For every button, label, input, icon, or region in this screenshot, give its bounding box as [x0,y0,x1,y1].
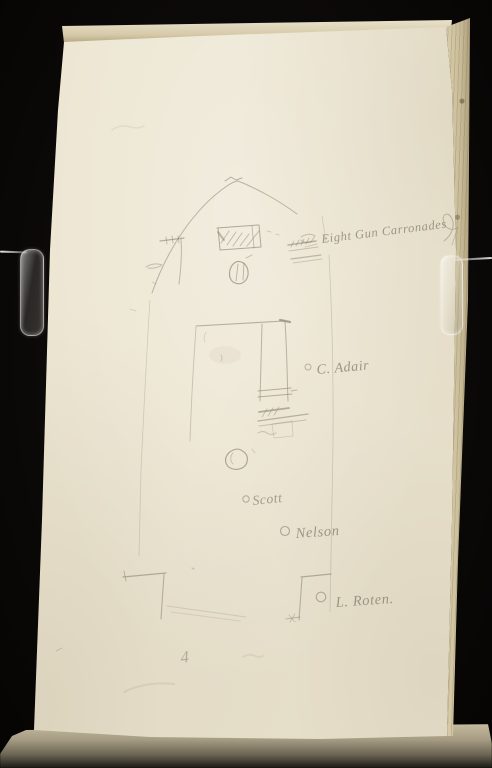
starboard-deck-line [329,255,333,612]
inscription-roteley: L. Roten. [334,591,394,611]
mast-circle [226,449,255,469]
skylight-plan [190,320,308,441]
folio-number: 4 [179,647,190,667]
starboard-netting-bars [288,238,322,263]
bottom-right-bracket [286,574,331,622]
port-gangway-marks [130,236,184,311]
photo-background: Eight Gun Carronades C. Adair Scott Nels… [0,0,492,768]
marker-circle-adair [305,364,311,370]
marker-circle-nelson [281,527,290,536]
inscription-top-right: Eight Gun Carronades [320,217,448,246]
inscription-scott: Scott [252,490,284,508]
marker-circle-scott [243,496,249,502]
faint-smudges [56,126,263,692]
graphite-smudge [209,346,241,364]
inscription-adair: C. Adair [316,358,370,378]
pencil-sketch: Eight Gun Carronades C. Adair Scott Nels… [0,0,492,768]
wheel-scrawl [229,255,252,284]
bottom-left-bracket [123,568,246,621]
inscription-nelson: Nelson [294,523,340,542]
right-page-clip [440,255,463,335]
port-deck-line [139,300,150,556]
marker-circle-roteley [316,592,326,602]
left-page-clip [20,249,44,336]
hatched-block [217,225,279,250]
arch-peak-mark [225,177,242,181]
